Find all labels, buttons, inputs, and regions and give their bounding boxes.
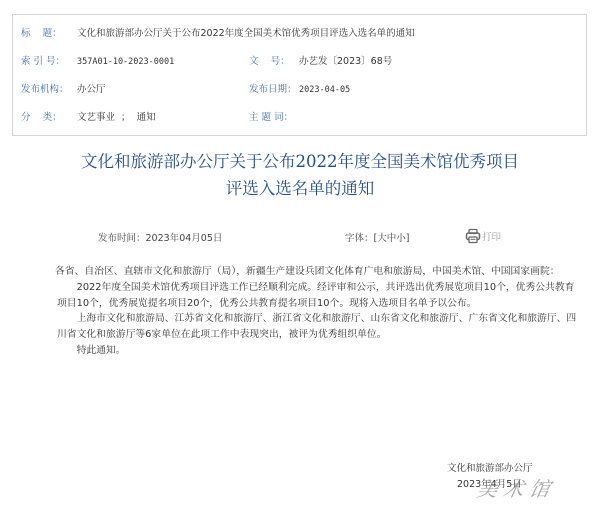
- title-label: 标 题：: [21, 24, 62, 44]
- publish-date-value: 2023-04-05: [299, 80, 350, 100]
- font-size-label: 字体：: [345, 233, 374, 244]
- publish-time-value: 2023年04月05日: [146, 233, 223, 244]
- title-line-1: 文化和旅游部办公厅关于公布2022年度全国美术馆优秀项目: [0, 148, 600, 175]
- font-size-options[interactable]: [大中小]: [374, 233, 410, 244]
- title-line-2: 评选入选名单的通知: [0, 175, 600, 202]
- document-info-box: 标 题： 文化和旅游部办公厅关于公布2022年度全国美术馆优秀项目评选入选名单的…: [12, 14, 587, 136]
- info-row-category: 分 类： 文艺事业 ； 通知 主 题 词：: [13, 108, 586, 128]
- doc-number-label: 文 号：: [249, 52, 290, 72]
- publish-date-label: 发布日期：: [249, 80, 297, 100]
- subject-words-label: 主 题 词：: [249, 108, 293, 128]
- category-value: 文艺事业 ； 通知: [77, 108, 156, 128]
- publish-time-label: 发布时间：: [98, 233, 146, 244]
- category-label: 分 类：: [21, 108, 62, 128]
- index-number-value: 357A01-10-2023-0001: [77, 52, 174, 72]
- document-title: 文化和旅游部办公厅关于公布2022年度全国美术馆优秀项目 评选入选名单的通知: [0, 148, 600, 202]
- print-button[interactable]: 打印: [465, 228, 501, 244]
- font-size-control: 字体：[大中小]: [345, 230, 409, 244]
- index-number-label: 索 引 号：: [21, 52, 65, 72]
- info-row-index: 索 引 号： 357A01-10-2023-0001 文 号： 办艺发〔2023…: [13, 52, 586, 72]
- print-label: 打印: [482, 229, 501, 243]
- printer-icon: [465, 228, 481, 244]
- body-paragraph-2: 上海市文化和旅游局、江苏省文化和旅游厅、浙江省文化和旅游厅、山东省文化和旅游厅、…: [57, 311, 577, 343]
- publisher-value: 办公厅: [77, 80, 106, 100]
- info-row-title: 标 题： 文化和旅游部办公厅关于公布2022年度全国美术馆优秀项目评选入选名单的…: [13, 24, 586, 44]
- title-value: 文化和旅游部办公厅关于公布2022年度全国美术馆优秀项目评选入选名单的通知: [77, 24, 415, 44]
- doc-number-value: 办艺发〔2023〕68号: [299, 52, 392, 72]
- publisher-label: 发布机构：: [21, 80, 69, 100]
- body-paragraph-1: 2022年度全国美术馆优秀项目评选工作已经顺利完成。经评审和公示，共评选出优秀展…: [57, 280, 577, 312]
- closing: 特此通知。: [57, 343, 577, 359]
- document-body: 各省、自治区、直辖市文化和旅游厅（局），新疆生产建设兵团文化体育广电和旅游局，中…: [57, 264, 577, 359]
- salutation: 各省、自治区、直辖市文化和旅游厅（局），新疆生产建设兵团文化体育广电和旅游局，中…: [55, 264, 577, 280]
- calligraphy-watermark: 美术馆: [475, 473, 559, 502]
- info-row-publisher: 发布机构： 办公厅 发布日期： 2023-04-05: [13, 80, 586, 100]
- publish-time: 发布时间：2023年04月05日: [98, 230, 222, 244]
